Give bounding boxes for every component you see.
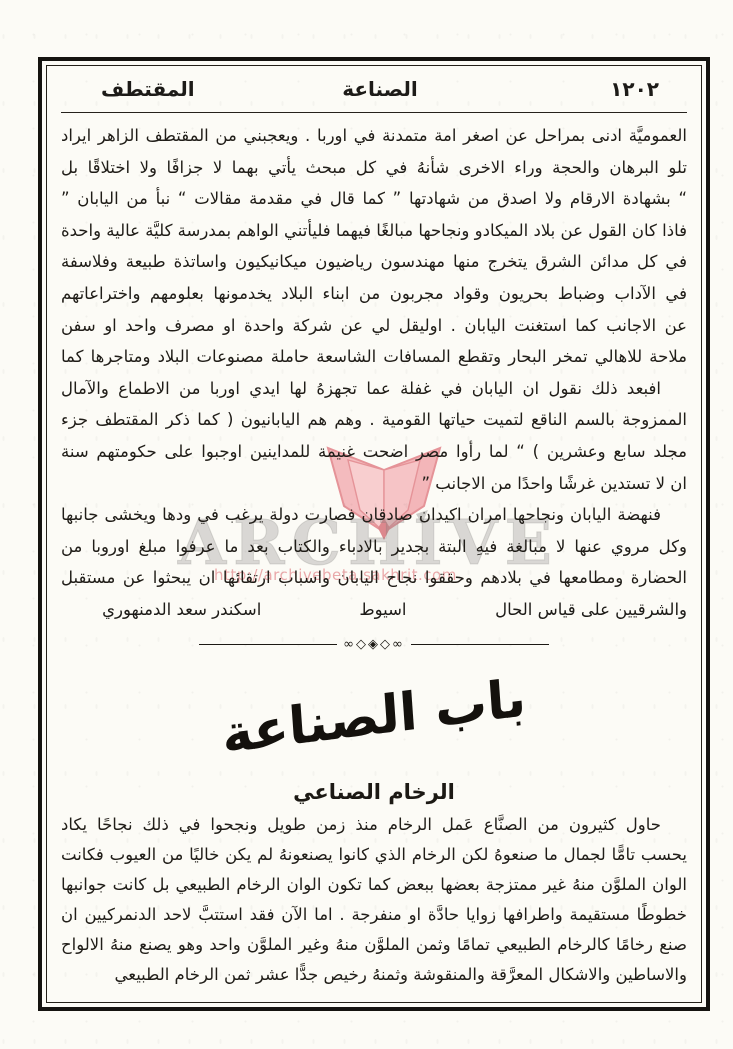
masthead: ١٢٠٢ الصناعة المقتطف <box>61 66 687 113</box>
signature-row: والشرقيين على قياس الحال اسيوط اسكندر سع… <box>61 594 687 626</box>
text-line: فاذا كان القول عن بلاد الميكادو ونجاحها … <box>61 215 687 247</box>
divider-line-right <box>199 644 337 646</box>
text-line: يحسب تامًّا لجمال ما صنعوهُ لكن الرخام ا… <box>61 840 687 870</box>
closing-text: والشرقيين على قياس الحال <box>463 594 687 626</box>
page-inner-frame: ١٢٠٢ الصناعة المقتطف العموميَّة ادنى بمر… <box>46 65 702 1003</box>
journal-name: المقتطف <box>101 77 293 101</box>
text-line: حاول كثيرون من الصنَّاع عَمل الرخام منذ … <box>61 810 687 840</box>
section-title: الصناعة <box>293 77 467 101</box>
ornamental-divider: ∞◇◈◇∞ <box>199 636 550 654</box>
scanned-journal-page: { "header": { "journal_name": "المقتطف",… <box>0 0 733 1049</box>
page-border-frame: ١٢٠٢ الصناعة المقتطف العموميَّة ادنى بمر… <box>38 57 710 1011</box>
text-line: الحضارة ومطامعها في بلادهم وحققوا نجاح ا… <box>61 562 687 594</box>
text-line: عن الاجانب كما استغنت اليابان . اوليقل ل… <box>61 310 687 342</box>
section-heading: الرخام الصناعي <box>61 780 687 804</box>
article-japan-text: العموميَّة ادنى بمراحل عن اصغر امة متمدن… <box>61 120 687 594</box>
text-line: ملاحة للاهالي تمخر البحار وتقطع المسافات… <box>61 341 687 373</box>
text-line: افبعد ذلك نقول ان اليابان في غفلة عما تج… <box>61 373 687 405</box>
text-line: والاساطين والاشكال المعرَّقة والمنقوشة و… <box>61 960 687 990</box>
calligraphy-title: باب الصناعة <box>220 672 527 761</box>
calligraphy-block: باب الصناعة <box>61 658 687 776</box>
text-line: وكل مروي عنها لا مبالغة فيهِ البتة بجدير… <box>61 531 687 563</box>
text-line: خطوطًا مستقيمة واطرافها زوايا حادَّة او … <box>61 900 687 930</box>
divider-line-left <box>411 644 549 646</box>
text-line: صنع رخامًا كالرخام الطبيعي تمامًا وثمن ا… <box>61 930 687 960</box>
text-line: تلو البرهان والحجة وراء الاخرى شأنهُ في … <box>61 152 687 184</box>
article-marble-text: حاول كثيرون من الصنَّاع عَمل الرخام منذ … <box>61 810 687 990</box>
page-number: ١٢٠٢ <box>467 77 659 101</box>
text-line: العموميَّة ادنى بمراحل عن اصغر امة متمدن… <box>61 120 687 152</box>
text-line: الممزوجة بالسم الناقع لتميت حياتها القوم… <box>61 404 687 436</box>
text-line: في الآداب وضباط بحريون وقواد مجربون من ا… <box>61 278 687 310</box>
text-line: “ بشهادة الارقام ولا اصدق من شهادتها ” ك… <box>61 183 687 215</box>
text-line: فنهضة اليابان ونجاحها امران اكيدان صادقا… <box>61 499 687 531</box>
signature-author: اسكندر سعد الدمنهوري <box>61 594 302 626</box>
signature-place: اسيوط <box>302 594 463 626</box>
text-line: مجلد سابع وعشرين ) “ لما رأوا مصر اضحت غ… <box>61 436 687 468</box>
text-line: في كل مدائن الشرق يتخرج منها مهندسون ريا… <box>61 246 687 278</box>
divider-ornament: ∞◇◈◇∞ <box>337 637 411 652</box>
text-line: الوان الملوَّن منهُ غير ممتزجة بعضها ببع… <box>61 870 687 900</box>
text-line: ان لا تستدين غرشًا واحدًا من الاجانب ” <box>61 468 687 500</box>
